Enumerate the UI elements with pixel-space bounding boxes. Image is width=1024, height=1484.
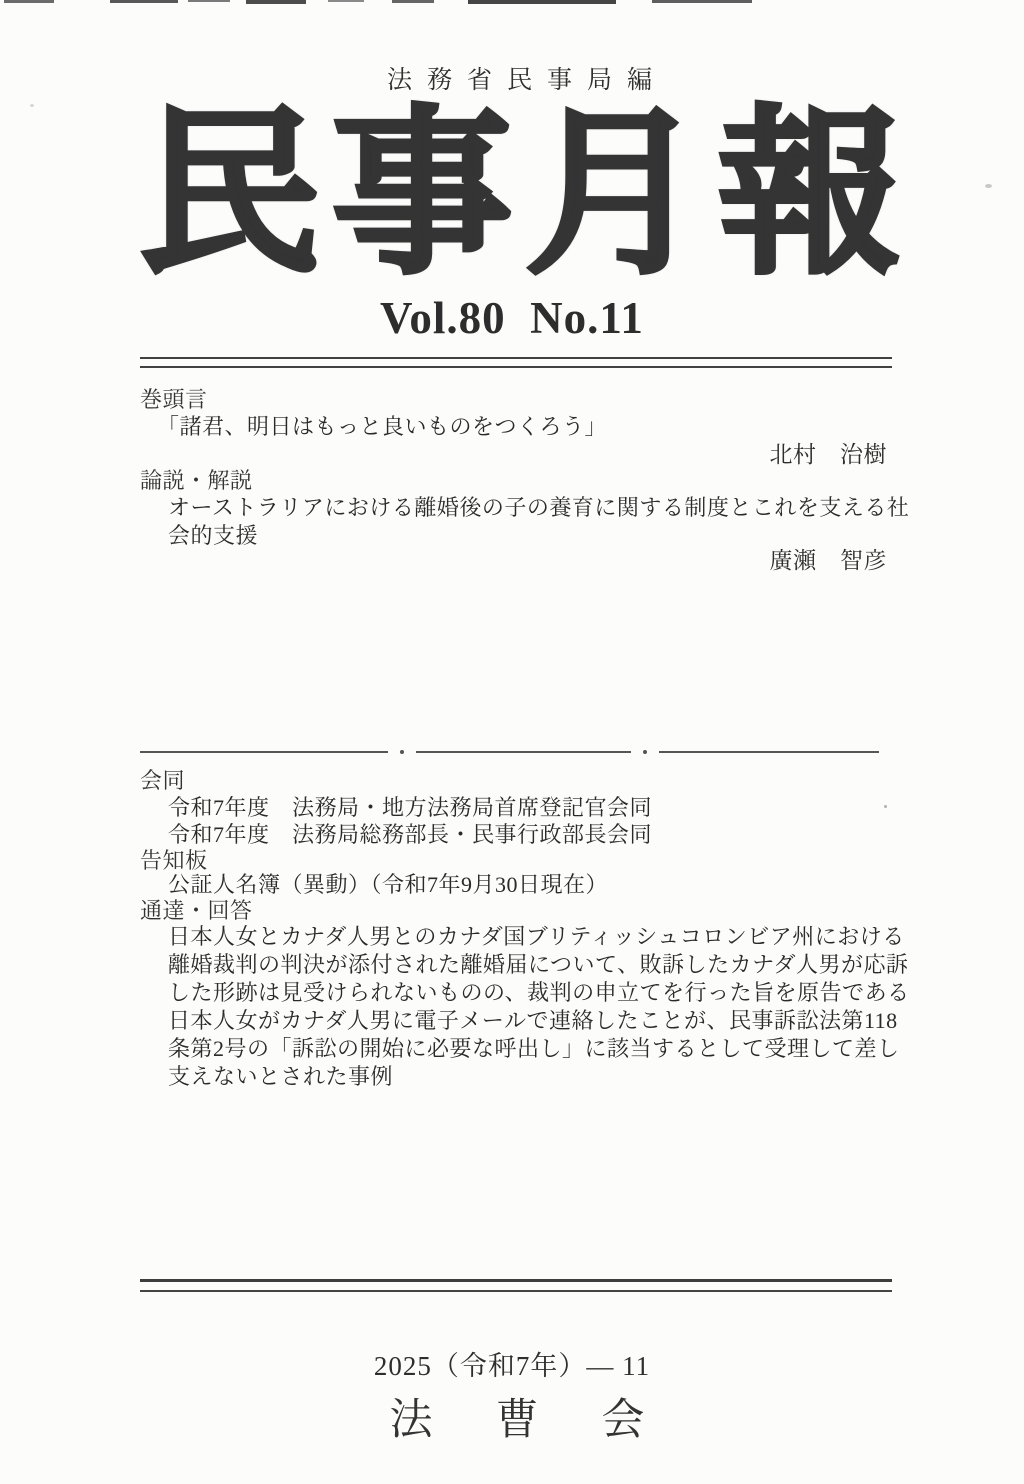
toc-item-title: オーストラリアにおける離婚後の子の養育に関する制度とこれを支える社 [168, 494, 909, 522]
author-name: 北村 治樹 [770, 441, 888, 469]
double-rule-top [140, 357, 892, 368]
toc-item-title: 条第2号の「訴訟の開始に必要な呼出し」に該当するとして受理して差し [168, 1035, 900, 1063]
double-rule-bottom [140, 1279, 892, 1292]
toc-item-title: 離婚裁判の判決が添付された離婚届について、敗訴したカナダ人男が応訴 [168, 951, 909, 979]
toc-item-title: 日本人女とカナダ人男とのカナダ国ブリティッシュコロンビア州における [168, 923, 905, 951]
scan-speck [884, 805, 887, 808]
scan-noise-top [468, 0, 616, 4]
scan-noise-top [328, 0, 364, 2]
scan-noise-top [188, 0, 230, 2]
toc-item-title: 「諸君、明日はもっと良いものをつくろう」 [157, 413, 607, 441]
toc-section-heading: 会同 [140, 767, 185, 795]
toc-section-heading: 巻頭言 [140, 386, 208, 414]
toc-item-title: した形跡は見受けられないものの、裁判の申立てを行った旨を原告である [168, 979, 910, 1007]
scan-noise-top [4, 0, 54, 3]
scan-noise-top [652, 0, 752, 3]
journal-cover-page: 法務省民事局編 民事月報 Vol.80 No.11 巻頭言 「諸君、明日はもっと… [0, 0, 1024, 1484]
section-divider [140, 749, 881, 754]
divider-line [140, 751, 388, 753]
toc-item-title: 日本人女がカナダ人男に電子メールで連絡したことが、民事訴訟法第118 [168, 1007, 898, 1035]
divider-dot [400, 750, 404, 754]
toc-item-title: 令和7年度 法務局総務部長・民事行政部長会同 [168, 821, 652, 849]
toc-item-title: 公証人名簿（異動）（令和7年9月30日現在） [168, 871, 608, 899]
toc-item-title: 令和7年度 法務局・地方法務局首席登記官会同 [168, 794, 652, 822]
divider-line [659, 751, 879, 753]
scan-noise-top [110, 0, 178, 3]
toc-section-heading: 論説・解説 [140, 467, 253, 495]
scan-noise-top [246, 0, 306, 4]
toc-section-heading: 通達・回答 [140, 897, 253, 925]
divider-line [416, 751, 631, 753]
divider-dot [643, 750, 647, 754]
toc-item-title: 支えないとされた事例 [168, 1063, 393, 1091]
scan-noise-top [392, 0, 434, 3]
issue-date: 2025（令和7年）― 11 [0, 1344, 1024, 1383]
author-name: 廣瀬 智彦 [770, 547, 888, 575]
publisher-name: 法 曹 会 [0, 1386, 1024, 1447]
toc-item-title: 会的支援 [168, 522, 258, 550]
volume-number: Vol.80 No.11 [0, 292, 1024, 344]
journal-title: 民事月報 [0, 88, 1024, 303]
